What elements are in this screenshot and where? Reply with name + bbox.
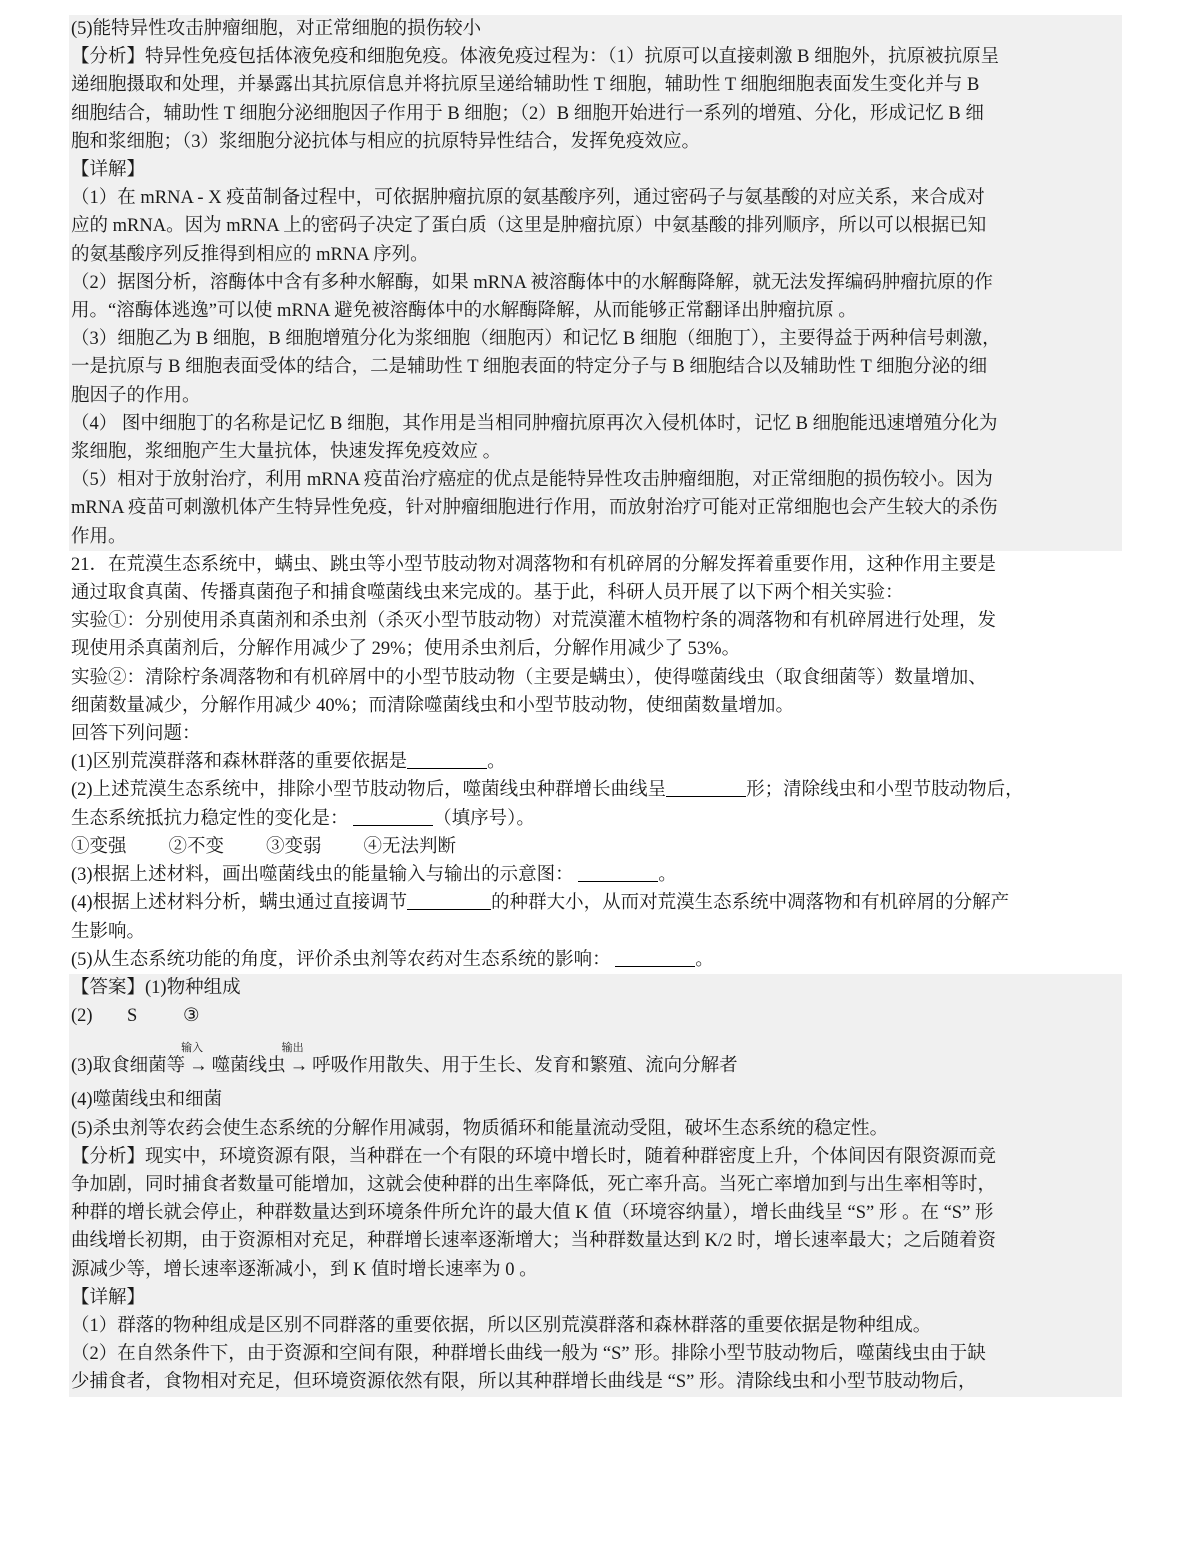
answer-5: (5)杀虫剂等农药会使生态系统的分解作用减弱，物质循环和能量流动受阻，破坏生态系… bbox=[71, 1115, 1120, 1143]
question-stem-line: 细菌数量减少，分解作用减少 40%；而清除噬菌线虫和小型节肢动物，使细菌数量增加… bbox=[71, 692, 1120, 720]
analysis-line: 种群的增长就会停止，种群数量达到环境条件所允许的最大值 K 值（环境容纳量），增… bbox=[71, 1199, 1120, 1227]
answer-2: (2)S③ bbox=[71, 1002, 1120, 1030]
flow-node-nematode: 噬菌线虫 bbox=[212, 1056, 286, 1076]
answer-3-energy-flow: (3)取食细菌等输入→噬菌线虫输出→呼吸作用散失、用于生长、发育和繁殖、流向分解… bbox=[71, 1030, 1120, 1080]
detail-line: （2）据图分析，溶酶体中含有多种水解酶，如果 mRNA 被溶酶体中的水解酶降解，… bbox=[71, 269, 1120, 297]
analysis-line: 曲线增长初期，由于资源相对充足，种群增长速率逐渐增大；当种群数量达到 K/2 时… bbox=[71, 1227, 1120, 1255]
detail-line: （2）在自然条件下，由于资源和空间有限，种群增长曲线一般为 “S” 形。排除小型… bbox=[71, 1340, 1120, 1368]
arrow-right-icon: 输出→ bbox=[290, 1052, 309, 1080]
detail-line: 少捕食者，食物相对充足，但环境资源依然有限，所以其种群增长曲线是 “S” 形。清… bbox=[71, 1368, 1120, 1396]
answer-blank bbox=[407, 891, 491, 910]
detail-line: 的氨基酸序列反推得到相应的 mRNA 序列。 bbox=[71, 241, 1120, 269]
detail-heading: 【详解】 bbox=[71, 156, 1120, 184]
detail-line: 一是抗原与 B 细胞表面受体的结合，二是辅助性 T 细胞表面的特定分子与 B 细… bbox=[71, 353, 1120, 381]
answer-blank bbox=[666, 778, 746, 797]
analysis-line: 【分析】现实中，环境资源有限，当种群在一个有限的环境中增长时，随着种群密度上升，… bbox=[71, 1143, 1120, 1171]
detail-line: 用。“溶酶体逃逸”可以使 mRNA 避免被溶酶体中的水解酶降解，从而能够正常翻译… bbox=[71, 297, 1120, 325]
arrow-label-input: 输入 bbox=[181, 1034, 203, 1062]
previous-answer-section: (5)能特异性攻击肿瘤细胞，对正常细胞的损伤较小 【分析】特异性免疫包括体液免疫… bbox=[69, 15, 1122, 551]
flow-node-input: 取食细菌等 bbox=[93, 1056, 186, 1076]
option-list: ①变强②不变③变弱④无法判断 bbox=[71, 833, 1120, 861]
question-stem-line: 21．在荒漠生态系统中，螨虫、跳虫等小型节肢动物对凋落物和有机碎屑的分解发挥着重… bbox=[71, 551, 1120, 579]
analysis-line: 递细胞摄取和处理，并暴露出其抗原信息并将抗原呈递给辅助性 T 细胞，辅助性 T … bbox=[71, 71, 1120, 99]
answer-1: 【答案】(1)物种组成 bbox=[71, 974, 1120, 1002]
answer-4: (4)噬菌线虫和细菌 bbox=[71, 1086, 1120, 1114]
answer-section: 【答案】(1)物种组成 (2)S③ (3)取食细菌等输入→噬菌线虫输出→呼吸作用… bbox=[69, 974, 1122, 1397]
detail-line: （4） 图中细胞丁的名称是记忆 B 细胞，其作用是当相同肿瘤抗原再次入侵机体时，… bbox=[71, 410, 1120, 438]
question-stem-line: 现使用杀真菌剂后，分解作用减少了 29%；使用杀虫剂后，分解作用减少了 53%。 bbox=[71, 635, 1120, 663]
question-stem-line: 通过取食真菌、传播真菌孢子和捕食噬菌线虫来完成的。基于此，科研人员开展了以下两个… bbox=[71, 579, 1120, 607]
detail-line: 应的 mRNA。因为 mRNA 上的密码子决定了蛋白质（这里是肿瘤抗原）中氨基酸… bbox=[71, 212, 1120, 240]
answer-blank bbox=[353, 807, 433, 826]
analysis-line: 争加剧，同时捕食者数量可能增加，这就会使种群的出生率降低，死亡率升高。当死亡率增… bbox=[71, 1171, 1120, 1199]
detail-line: （5）相对于放射治疗，利用 mRNA 疫苗治疗癌症的优点是能特异性攻击肿瘤细胞，… bbox=[71, 466, 1120, 494]
option-4: ④无法判断 bbox=[364, 833, 457, 861]
sub-question-2-cont: 生态系统抵抗力稳定性的变化是： （填序号）。 bbox=[71, 805, 1120, 833]
answer-blank bbox=[407, 750, 487, 769]
arrow-right-icon: 输入→ bbox=[189, 1052, 208, 1080]
detail-heading: 【详解】 bbox=[71, 1284, 1120, 1312]
option-2: ②不变 bbox=[169, 833, 225, 861]
detail-line: （1）在 mRNA - X 疫苗制备过程中，可依据肿瘤抗原的氨基酸序列，通过密码… bbox=[71, 184, 1120, 212]
sub-question-1: (1)区别荒漠群落和森林群落的重要依据是。 bbox=[71, 748, 1120, 776]
sub-question-3: (3)根据上述材料，画出噬菌线虫的能量输入与输出的示意图： 。 bbox=[71, 861, 1120, 889]
answer-blank bbox=[615, 948, 695, 967]
sub-question-2: (2)上述荒漠生态系统中，排除小型节肢动物后，噬菌线虫种群增长曲线呈形；清除线虫… bbox=[71, 776, 1120, 804]
sub-question-4: (4)根据上述材料分析，螨虫通过直接调节的种群大小，从而对荒漠生态系统中凋落物和… bbox=[71, 889, 1120, 917]
analysis-line: 胞和浆细胞；（3）浆细胞分泌抗体与相应的抗原特异性结合，发挥免疫效应。 bbox=[71, 128, 1120, 156]
question-stem-line: 实验②：清除柠条凋落物和有机碎屑中的小型节肢动物（主要是螨虫），使得噬菌线虫（取… bbox=[71, 664, 1120, 692]
detail-line: mRNA 疫苗可刺激机体产生特异性免疫，针对肿瘤细胞进行作用，而放射治疗可能对正… bbox=[71, 494, 1120, 522]
sub-question-5: (5)从生态系统功能的角度，评价杀虫剂等农药对生态系统的影响： 。 bbox=[71, 946, 1120, 974]
detail-line: 作用。 bbox=[71, 523, 1120, 551]
question-21-section: 21．在荒漠生态系统中，螨虫、跳虫等小型节肢动物对凋落物和有机碎屑的分解发挥着重… bbox=[69, 551, 1122, 974]
answer-line: (5)能特异性攻击肿瘤细胞，对正常细胞的损伤较小 bbox=[71, 15, 1120, 43]
option-3: ③变弱 bbox=[266, 833, 322, 861]
analysis-line: 细胞结合，辅助性 T 细胞分泌细胞因子作用于 B 细胞；（2）B 细胞开始进行一… bbox=[71, 100, 1120, 128]
question-stem-line: 回答下列问题： bbox=[71, 720, 1120, 748]
arrow-label-output: 输出 bbox=[282, 1034, 304, 1062]
flow-node-output: 呼吸作用散失、用于生长、发育和繁殖、流向分解者 bbox=[312, 1056, 738, 1076]
question-stem-line: 实验①：分别使用杀真菌剂和杀虫剂（杀灭小型节肢动物）对荒漠灌木植物柠条的凋落物和… bbox=[71, 607, 1120, 635]
analysis-line: 源减少等，增长速率逐渐减小，到 K 值时增长速率为 0 。 bbox=[71, 1256, 1120, 1284]
detail-line: （1）群落的物种组成是区别不同群落的重要依据，所以区别荒漠群落和森林群落的重要依… bbox=[71, 1312, 1120, 1340]
detail-line: （3）细胞乙为 B 细胞，B 细胞增殖分化为浆细胞（细胞丙）和记忆 B 细胞（细… bbox=[71, 325, 1120, 353]
option-1: ①变强 bbox=[71, 833, 127, 861]
answer-blank bbox=[578, 863, 658, 882]
detail-line: 浆细胞，浆细胞产生大量抗体，快速发挥免疫效应 。 bbox=[71, 438, 1120, 466]
detail-line: 胞因子的作用。 bbox=[71, 382, 1120, 410]
document-page: (5)能特异性攻击肿瘤细胞，对正常细胞的损伤较小 【分析】特异性免疫包括体液免疫… bbox=[69, 15, 1122, 1397]
analysis-line: 【分析】特异性免疫包括体液免疫和细胞免疫。体液免疫过程为：（1）抗原可以直接刺激… bbox=[71, 43, 1120, 71]
sub-question-4-cont: 生影响。 bbox=[71, 918, 1120, 946]
